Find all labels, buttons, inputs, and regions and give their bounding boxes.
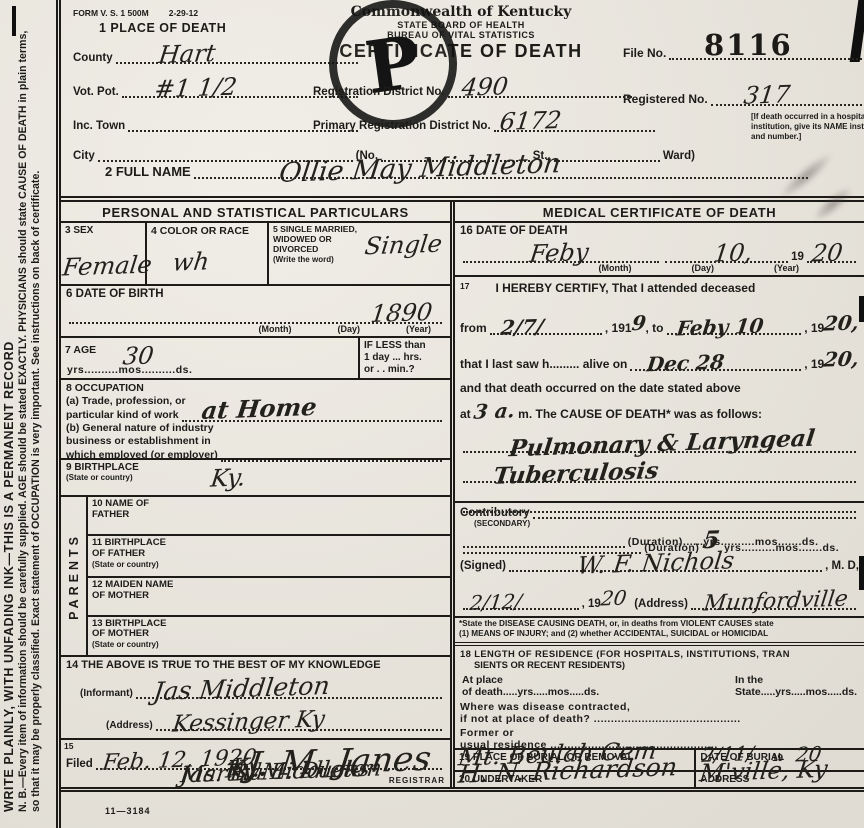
signed-label: (Signed) [460, 560, 506, 572]
certificate-form: FORM V. S. 1 500M 2-29-12 1 PLACE OF DEA… [56, 0, 864, 828]
margin-instruction-permanent-record: WRITE PLAINLY, WITH UNFADING INK—THIS IS… [2, 12, 16, 812]
mother-name-label-line2: OF MOTHER [92, 591, 224, 602]
mother-birthplace-label-line2: OF MOTHER [92, 629, 224, 640]
father-birthplace-row: 11 BIRTHPLACE OF FATHER (State or countr… [88, 536, 450, 578]
cause-intro-line: at 3 a. m. The CAUSE OF DEATH* was as fo… [460, 399, 859, 423]
mother-birthplace-label: 13 BIRTHPLACE OF MOTHER (State or countr… [92, 619, 224, 650]
marital-label: 5 SINGLE MARRIED, WIDOWED OR DIVORCED [273, 225, 359, 255]
cause-line1-field: Pulmonary & Laryngeal [460, 439, 859, 453]
last-saw-field: Dec 28 [630, 357, 801, 371]
registered-no-field: 317 [711, 92, 862, 106]
father-name-label-line2: FATHER [92, 510, 224, 521]
registrar-signature: J. M. Janes [245, 739, 433, 785]
personal-column: PERSONAL AND STATISTICAL PARTICULARS 3 S… [61, 202, 455, 787]
in-state-line2: State.....yrs.....mos.....ds. [735, 686, 857, 698]
undertaker-address-value: M'ville, Ky [698, 755, 829, 787]
primary-district-line: Primary Registration District No. 6172 [313, 118, 658, 132]
occupation-row: 8 OCCUPATION (a) Trade, profession, or p… [61, 380, 450, 460]
medical-title: MEDICAL CERTIFICATE OF DEATH [455, 202, 864, 223]
birthplace-sublabel: (State or country) [66, 473, 445, 482]
residence-label-line1: 18 LENGTH OF RESIDENCE (FOR HOSPITALS, I… [460, 648, 859, 659]
signed-year-printed: , 19 [582, 598, 601, 610]
signed-date-field: 2/12/ [463, 596, 579, 610]
dob-label: 6 DATE OF BIRTH [66, 288, 445, 300]
dod-month-value: Feby [528, 238, 590, 268]
dod-mdy-labels: (Month) (Day) (Year) [460, 263, 859, 273]
last-saw-label: that I last saw h......... alive on [460, 357, 627, 371]
age-row: 7 AGE yrs..........mos..........ds. 30 I… [61, 338, 450, 380]
inc-town-label: Inc. Town [73, 120, 125, 132]
registration-district-field: 490 [448, 84, 632, 98]
filed-number: 15 [64, 741, 73, 751]
undertaker-address-cell: ADDRESS M'ville, Ky [696, 772, 864, 787]
occupation-a-line2: particular kind of work at Home [66, 408, 445, 422]
from-value: 2/7/ [499, 314, 545, 339]
day-label: (Day) [337, 324, 360, 334]
registration-district-label: Registration District No. [313, 86, 445, 98]
registered-no-label: Registered No. [623, 92, 708, 106]
dod-year-printed: 19 [791, 251, 804, 263]
occupation-a-label: particular kind of work [66, 409, 179, 422]
physician-signature: W. F. Nichols [576, 546, 736, 579]
at-place-block: At place of death.....yrs.....mos.....ds… [462, 674, 599, 698]
dod-month-label: (Month) [598, 263, 631, 273]
parents-vertical-label-cell: PARENTS [61, 497, 88, 655]
marital-cell: 5 SINGLE MARRIED, WIDOWED OR DIVORCED (W… [269, 223, 450, 284]
form-header: FORM V. S. 1 500M 2-29-12 1 PLACE OF DEA… [61, 0, 864, 196]
race-label: 4 COLOR OR RACE [151, 225, 263, 237]
dod-year-field: 20 [807, 249, 856, 263]
contributory-duration-lead [463, 534, 625, 548]
from-label: from [460, 321, 487, 335]
md-label: , M. D, [825, 560, 859, 572]
informant-address-line: (Address) Kessinger Ky [106, 717, 445, 731]
sex-value: Female [61, 250, 153, 281]
parents-rows: 10 NAME OF FATHER Jas. B. Middleton 11 B… [88, 497, 450, 655]
personal-title: PERSONAL AND STATISTICAL PARTICULARS [61, 202, 450, 223]
registration-district-value: 490 [461, 72, 510, 102]
city-label: City [73, 150, 95, 162]
residence-label-line2: SIENTS OR RECENT RESIDENTS) [474, 659, 859, 670]
age-less-line2: 1 day ... hrs. [364, 352, 446, 364]
sex-label: 3 SEX [65, 225, 141, 236]
signed-field: W. F. Nichols [509, 558, 822, 572]
file-no-line: File No. 8116 [623, 46, 864, 60]
filed-date-value: Feb. 12, 1920 [101, 745, 258, 775]
birthplace-label: 9 BIRTHPLACE [66, 462, 445, 473]
file-no-field: 8116 [669, 46, 862, 60]
mother-name-row: 12 MAIDEN NAME OF MOTHER Martha E. Ducks [88, 578, 450, 617]
birthplace-value: Ky. [209, 463, 247, 492]
in-state-line1: In the [735, 674, 857, 686]
undertaker-cell: 20 UNDERTAKER H. N. Richardson [455, 772, 696, 787]
signed-address-value: Munfordville [702, 587, 849, 617]
undertaker-row: 20 UNDERTAKER H. N. Richardson ADDRESS M… [455, 772, 864, 787]
certify-number: 17 [460, 281, 469, 295]
informant-label: (Informant) [80, 688, 133, 699]
contributory-block: Contributory (SECONDARY) (Duration) ....… [455, 503, 864, 612]
attest-label: 14 THE ABOVE IS TRUE TO THE BEST OF MY K… [66, 659, 445, 671]
dod-year-label: (Year) [774, 263, 799, 273]
father-birthplace-sublabel: (State or country) [92, 560, 224, 569]
last-saw-year-printed: , 19 [804, 357, 824, 371]
certify-text1: I HEREBY CERTIFY, That I attended deceas… [495, 281, 755, 295]
certify-from-line: from 2/7/ , 191 9 , to Feby 10 , 19 20, [460, 311, 859, 335]
occupation-a-field: at Home [182, 408, 442, 422]
race-cell: 4 COLOR OR RACE wh [147, 223, 269, 284]
dod-day-field: 10, [665, 249, 788, 263]
signed-year-value: 20 [599, 586, 628, 611]
dod-day-label: (Day) [691, 263, 714, 273]
former-line1: Former or [460, 727, 859, 739]
parents-block: PARENTS 10 NAME OF FATHER Jas. B. Middle… [61, 497, 450, 657]
to-year-value: 20, [823, 310, 861, 335]
place-of-death-label: 1 PLACE OF DEATH [99, 21, 226, 35]
mother-name-label: 12 MAIDEN NAME OF MOTHER [92, 580, 224, 602]
vot-pot-label: Vot. Pot. [73, 86, 119, 98]
signed-address-label: (Address) [634, 598, 688, 610]
last-saw-year-value: 20, [823, 346, 861, 371]
file-no-label: File No. [623, 46, 666, 60]
informant-field: Jas Middleton [136, 685, 442, 699]
occupation-label: 8 OCCUPATION [66, 382, 445, 395]
informant-row: 14 THE ABOVE IS TRUE TO THE BEST OF MY K… [61, 657, 450, 740]
month-label: (Month) [258, 324, 291, 334]
dob-field: 1890 [69, 310, 442, 324]
primary-district-label: Primary Registration District No. [313, 120, 491, 132]
informant-address-field: Kessinger Ky [156, 717, 442, 731]
marital-value: Single [363, 230, 444, 261]
last-saw-line: that I last saw h......... alive on Dec … [460, 347, 859, 371]
death-time-value: 3 a. [472, 398, 516, 423]
age-less-line3: or . . min.? [364, 364, 446, 376]
primary-district-value: 6172 [498, 106, 563, 136]
occupation-a-value: at Home [200, 392, 319, 426]
form-number: FORM V. S. 1 500M [73, 8, 149, 18]
death-certificate-scan: WRITE PLAINLY, WITH UNFADING INK—THIS IS… [0, 0, 864, 828]
full-name-line: 2 FULL NAME Ollie May Middleton [105, 164, 811, 179]
hospital-note: [If death occurred in a hospital or inst… [751, 112, 864, 142]
dob-row: 6 DATE OF BIRTH 1890 (Month) (Day) (Year… [61, 286, 450, 338]
age-cell: 7 AGE yrs..........mos..........ds. 30 [61, 338, 358, 378]
full-name-field: Ollie May Middleton [194, 165, 808, 179]
dod-month-field: Feby [463, 249, 659, 263]
informant-address-value: Kessinger Ky [171, 706, 326, 737]
father-birthplace-label-line2: OF FATHER [92, 549, 224, 560]
age-value: 30 [121, 341, 155, 370]
filed-label: Filed [66, 758, 93, 770]
race-value: wh [171, 247, 211, 276]
at-place-line1: At place [462, 674, 599, 686]
from-year-value: 9 [630, 311, 647, 335]
informant-line: (Informant) Jas Middleton [80, 685, 445, 699]
age-units: yrs..........mos..........ds. [67, 364, 352, 376]
medical-column: MEDICAL CERTIFICATE OF DEATH 16 DATE OF … [455, 202, 864, 787]
margin-instruction-note: N. B.—Every item of information should b… [17, 16, 42, 812]
certify-block: 17 I HEREBY CERTIFY, That I attended dec… [455, 277, 864, 503]
footnote-line1: *State the DISEASE CAUSING DEATH, or, in… [459, 619, 860, 629]
father-name-row: 10 NAME OF FATHER Jas. B. Middleton [88, 497, 450, 536]
date-of-death-row: 16 DATE OF DEATH Feby 10, 19 20 (Month) … [455, 223, 864, 277]
signed-line: (Signed) W. F. Nichols , M. D, [460, 558, 859, 572]
contracted-line2: if not at place of death? ..............… [460, 713, 859, 725]
sex-race-marital-row: 3 SEX Female 4 COLOR OR RACE wh 5 SINGLE… [61, 223, 450, 286]
occupation-b-line1: (b) General nature of industry [66, 422, 445, 435]
to-field: Feby 10 [667, 321, 802, 335]
cause-lead2: Tuberculosis [463, 469, 856, 483]
date-of-death-line: Feby 10, 19 20 [460, 249, 859, 263]
cause-intro-text: m. The CAUSE OF DEATH* was as follows: [518, 407, 762, 421]
signed-date-value: 2/12/ [468, 589, 523, 615]
filed-line: Filed Feb. 12, 1920 J. M. Janes [66, 756, 445, 770]
registration-district-line: Registration District No. 490 [313, 84, 635, 98]
signed-date-line: 2/12/ , 19 20 (Address) Munfordville [460, 586, 859, 610]
ward-field [554, 148, 660, 162]
father-name-label: 10 NAME OF FATHER [92, 499, 224, 521]
registered-no-value: 317 [742, 80, 791, 110]
informant-value: Jas Middleton [152, 671, 332, 706]
dob-value: 1890 [369, 298, 434, 328]
footnote-line2: (1) MEANS OF INJURY; and (2) whether ACC… [459, 629, 860, 639]
cause-line1-value: Pulmonary & Laryngeal [508, 425, 817, 463]
mother-birthplace-sublabel: (State or country) [92, 640, 224, 649]
ward-label: Ward) [663, 150, 695, 162]
to-value: Feby 10 [676, 314, 766, 341]
to-year-printed: , 19 [804, 321, 824, 335]
dod-year-value: 20 [810, 238, 844, 267]
cause-line2-value: Tuberculosis [492, 457, 660, 490]
at-label: at [460, 407, 471, 421]
occupation-b-line2: business or establishment in [66, 435, 445, 448]
certify-line1: 17 I HEREBY CERTIFY, That I attended dec… [460, 281, 859, 295]
county-label: County [73, 52, 113, 64]
form-number-line: FORM V. S. 1 500M 2-29-12 [73, 8, 198, 18]
residence-columns: At place of death.....yrs.....mos.....ds… [460, 674, 859, 698]
occurred-line: and that death occurred on the date stat… [460, 381, 859, 395]
dob-field-line: 1890 [66, 310, 445, 324]
dod-day-value: 10, [713, 238, 755, 267]
footnote-block: *State the DISEASE CAUSING DEATH, or, in… [455, 616, 864, 646]
cause-line2-field: Tuberculosis [460, 469, 859, 483]
in-state-block: In the State.....yrs.....mos.....ds. [735, 674, 857, 698]
filed-row: 15 Filed Feb. 12, 1920 J. M. Janes REGIS… [61, 740, 450, 787]
to-label: , to [646, 321, 664, 335]
signed-address-field: Munfordville [691, 596, 856, 610]
sex-cell: 3 SEX Female [61, 223, 147, 284]
mother-birthplace-row: 13 BIRTHPLACE OF MOTHER (State or countr… [88, 617, 450, 655]
at-place-line2: of death.....yrs.....mos.....ds. [462, 686, 599, 698]
file-no-value: 8116 [704, 28, 793, 62]
duration-units: yrs..........mos.......ds. [724, 542, 839, 554]
contracted-line1: Where was disease contracted, [460, 701, 859, 713]
form-revision-date: 2-29-12 [169, 8, 198, 18]
father-birthplace-label: 11 BIRTHPLACE OF FATHER (State or countr… [92, 538, 224, 569]
age-label: 7 AGE [65, 344, 96, 356]
parents-label: PARENTS [67, 533, 81, 620]
residence-row: 18 LENGTH OF RESIDENCE (FOR HOSPITALS, I… [455, 646, 864, 750]
form-code: 11—3184 [105, 806, 151, 816]
last-saw-value: Dec 28 [646, 350, 726, 377]
informant-address-label: (Address) [106, 720, 153, 731]
filed-field: Feb. 12, 1920 J. M. Janes [96, 756, 442, 770]
date-of-death-label: 16 DATE OF DEATH [460, 225, 859, 237]
contributory-field [533, 505, 856, 519]
form-columns: PERSONAL AND STATISTICAL PARTICULARS 3 S… [61, 196, 864, 792]
vot-pot-value: #1 1/2 [153, 73, 238, 104]
from-year-printed: , 191 [605, 321, 632, 335]
from-field: 2/7/ [490, 321, 602, 335]
age-less-cell: IF LESS than 1 day ... hrs. or . . min.? [358, 338, 450, 378]
age-less-line1: IF LESS than [364, 340, 446, 352]
full-name-label: 2 FULL NAME [105, 164, 191, 179]
primary-district-field: 6172 [494, 118, 655, 132]
registered-no-line: Registered No. 317 [623, 92, 864, 106]
county-value: Hart [157, 39, 217, 69]
birthplace-row: 9 BIRTHPLACE (State or country) Ky. [61, 460, 450, 497]
cause-lead1: Pulmonary & Laryngeal [463, 439, 856, 453]
